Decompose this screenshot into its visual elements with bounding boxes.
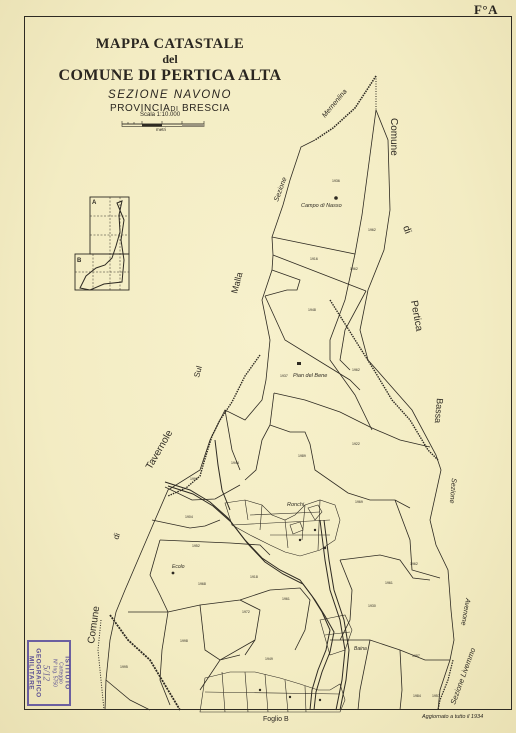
parcel-number: 1961 [282, 597, 290, 601]
stamp-line-militare: MILITARE [28, 642, 35, 704]
parcel-number: 1989 [298, 454, 306, 458]
label-comune-left: Comune [86, 605, 102, 644]
parcel-number: 1957 [432, 694, 440, 698]
label-campo-di-nasso: Campo di Nasso [301, 203, 342, 209]
parcel-number: 1961 [385, 581, 393, 585]
parcel-number: 1916 [310, 257, 318, 261]
parcel-number: 1995 [120, 665, 128, 669]
parcel-number: 1962 [368, 228, 376, 232]
parcel-number: 1999 [190, 477, 198, 481]
stamp-line-geografico: GEOGRAFICO [35, 642, 42, 704]
parcel-number: 1952 [192, 544, 200, 548]
label-ecolo: Ecolo [172, 564, 185, 570]
label-baina: Baina [354, 646, 367, 652]
label-bassa: Bassa [433, 398, 445, 424]
stamp-line-istituto: ISTITUTO [64, 642, 71, 704]
parcel-number: 1962 [352, 368, 360, 372]
stamp-detail-2: N° Ing. 5750 [52, 642, 58, 704]
stamp-handwritten: 5/12 [42, 642, 52, 704]
parcel-number: 1984 [413, 694, 421, 698]
parcel-number: 1972 [242, 610, 250, 614]
label-ronchi: Ronchi [287, 502, 305, 508]
adjacent-sheet-label: Foglio B [263, 716, 289, 723]
parcel-number: 1937 [280, 374, 288, 378]
label-pian-del-bene: Pian del Bene [293, 373, 327, 379]
label-pertica: Pertica [408, 300, 424, 333]
parcel-number: 1962 [410, 562, 418, 566]
update-note: Aggiornato a tutto il 1934 [422, 714, 483, 720]
parcel-number: 1998 [180, 639, 188, 643]
map-sheet: F°A MAPPA CATASTALE del COMUNE DI PERTIC… [0, 0, 516, 733]
parcel-number: 1968 [198, 582, 206, 586]
label-sul: Sul [192, 365, 204, 379]
label-sezione-left: Sezione [273, 176, 288, 202]
index-map [75, 197, 129, 290]
label-sezione-livemmo: Sezione Livemmo [448, 647, 477, 706]
parcel-number: 1987 [412, 654, 420, 658]
label-di-right: di [400, 224, 413, 235]
label-tavernole: Tavernole [144, 428, 175, 471]
cadastral-map: A B [0, 0, 516, 733]
stamp-detail-1: Carteggio [58, 642, 64, 704]
index-label-b: B [77, 258, 82, 264]
village-parcels [200, 500, 352, 712]
igm-stamp: ISTITUTO Carteggio N° Ing. 5750 5/12 GEO… [27, 640, 71, 706]
label-malla: Malla [229, 271, 244, 294]
parcel-number: 1949 [265, 657, 273, 661]
place-symbols [172, 196, 338, 701]
label-mernenlina: Mernenlina [321, 88, 349, 119]
place-marker-campo-di-nasso [334, 196, 338, 200]
label-di-left: di [111, 532, 122, 541]
parcel-number: 1922 [352, 442, 360, 446]
parcel-number: 1936 [332, 179, 340, 183]
parcel-number: 1962 [350, 267, 358, 271]
parcel-number: 1918 [250, 575, 258, 579]
parcel-number: 1944 [231, 461, 239, 465]
label-avenone: Avenone [459, 597, 471, 626]
label-comune-right: Comune [388, 118, 399, 156]
label-sezione-right: Sezione [448, 478, 457, 504]
place-marker-pian-del-bene [297, 362, 301, 365]
parcel-number: 1969 [355, 500, 363, 504]
parcel-number: 1930 [368, 604, 376, 608]
index-label-a: A [92, 200, 97, 206]
parcel-number: 1948 [308, 308, 316, 312]
parcel-number: 1904 [185, 515, 193, 519]
place-marker-ecolo [172, 572, 175, 575]
